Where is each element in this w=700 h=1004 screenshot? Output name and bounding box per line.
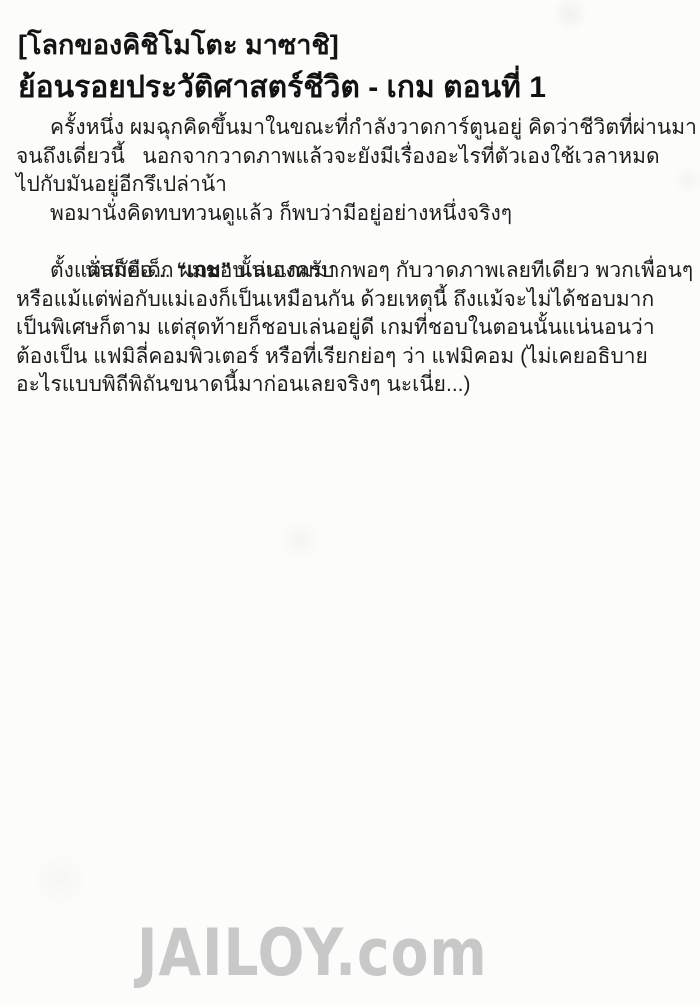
paragraph-4-line-4: ต้องเป็น แฟมิลี่คอมพิวเตอร์ หรือที่เรียก… (16, 343, 688, 372)
page-title: [โลกของคิชิโมโตะ มาซาชิ] (18, 24, 682, 66)
paragraph-1-line-1: ครั้งหนึ่ง ผมฉุกคิดขึ้นมาในขณะที่กำลังวา… (16, 114, 688, 143)
page-header: [โลกของคิชิโมโตะ มาซาชิ] ย้อนรอยประวัติศ… (18, 24, 682, 110)
watermark: JAILOY.com (137, 916, 488, 989)
paragraph-4-line-2: หรือแม้แต่พ่อกับแม่เองก็เป็นเหมือนกัน ด้… (16, 286, 688, 315)
paragraph-4-line-5: อะไรแบบพิถีพิถันขนาดนี้มาก่อนเลยจริงๆ นะ… (16, 371, 688, 400)
paragraph-4-line-3: เป็นพิเศษก็ตาม แต่สุดท้ายก็ชอบเล่นอยู่ดี… (16, 314, 688, 343)
paragraph-4-line-1: ตั้งแต่สมัยเด็ก ผมชอบเล่นเกมมากพอๆ กับวา… (16, 257, 688, 286)
paragraph-2-line-1: พอมานั่งคิดทบทวนดูแล้ว ก็พบว่ามีอยู่อย่า… (16, 200, 688, 229)
scanned-document-page: [โลกของคิชิโมโตะ มาซาชิ] ย้อนรอยประวัติศ… (0, 0, 700, 1004)
paragraph-1-line-3: ไปกับมันอยู่อีกรึเปล่าน้า (16, 171, 688, 200)
page-subtitle: ย้อนรอยประวัติศาสตร์ชีวิต - เกม ตอนที่ 1 (18, 66, 682, 110)
article-body: ครั้งหนึ่ง ผมฉุกคิดขึ้นมาในขณะที่กำลังวา… (16, 114, 688, 400)
paragraph-1-line-2: จนถึงเดี่ยวนี้ นอกจากวาดภาพแล้วจะยังมีเร… (16, 143, 688, 172)
paragraph-3-line-1: นั่นก็คือ... “เกม” นั้นเองครับ (16, 228, 688, 257)
